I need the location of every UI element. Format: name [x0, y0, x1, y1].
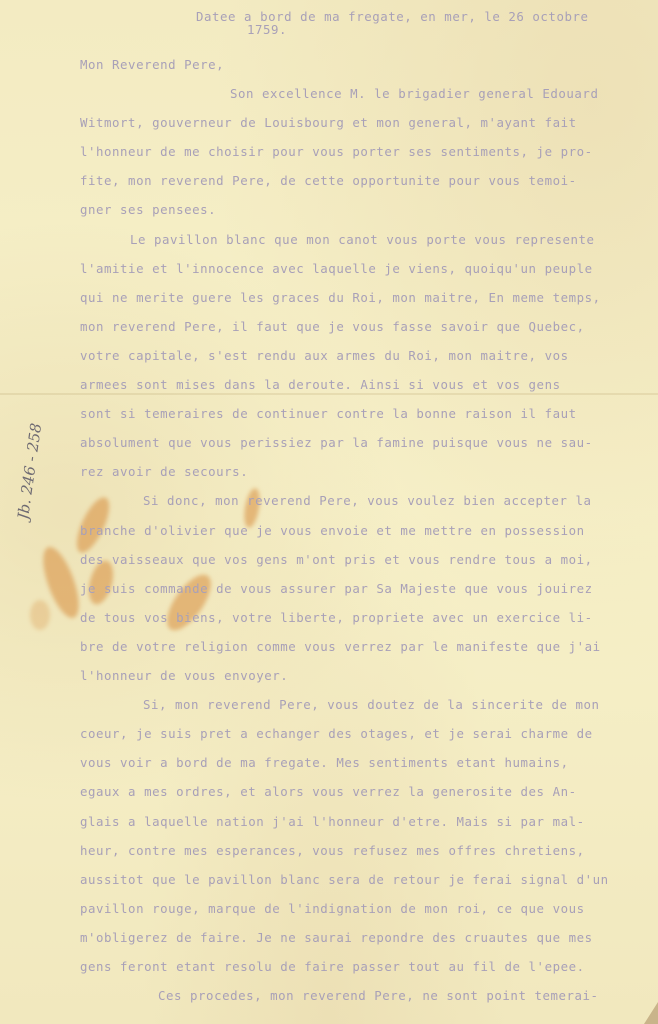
letter-line: absolument que vous perissiez par la fam… — [80, 436, 593, 450]
letter-line: Ces procedes, mon reverend Pere, ne sont… — [158, 989, 599, 1003]
salutation: Mon Reverend Pere, — [80, 58, 224, 72]
letter-line: glais a laquelle nation j'ai l'honneur d… — [80, 815, 585, 829]
document-page: Datee a bord de ma fregate, en mer, le 2… — [0, 0, 658, 1024]
letter-line: vous voir a bord de ma fregate. Mes sent… — [80, 756, 569, 770]
letter-line: des vaisseaux que vos gens m'ont pris et… — [80, 553, 593, 567]
letter-line: Si donc, mon reverend Pere, vous voulez … — [143, 494, 592, 508]
letter-line: Le pavillon blanc que mon canot vous por… — [130, 233, 595, 247]
paper-fold-line — [0, 393, 658, 395]
letter-line: armees sont mises dans la deroute. Ainsi… — [80, 378, 561, 392]
folded-corner — [644, 1002, 658, 1024]
stain — [30, 600, 50, 630]
letter-line: heur, contre mes esperances, vous refuse… — [80, 844, 585, 858]
stain — [159, 568, 219, 637]
letter-line: votre capitale, s'est rendu aux armes du… — [80, 349, 569, 363]
letter-line: fite, mon reverend Pere, de cette opport… — [80, 174, 577, 188]
letter-line: gens feront etant resolu de faire passer… — [80, 960, 585, 974]
letter-line: pavillon rouge, marque de l'indignation … — [80, 902, 585, 916]
letter-line: Si, mon reverend Pere, vous doutez de la… — [143, 698, 600, 712]
letter-line: bre de votre religion comme vous verrez … — [80, 640, 601, 654]
letter-line: qui ne merite guere les graces du Roi, m… — [80, 291, 601, 305]
margin-annotation: Jb. 246 - 258 — [14, 422, 45, 521]
letter-line: de tous vos biens, votre liberte, propri… — [80, 611, 593, 625]
letter-line: l'amitie et l'innocence avec laquelle je… — [80, 262, 593, 276]
letter-line: mon reverend Pere, il faut que je vous f… — [80, 320, 585, 334]
letter-line: coeur, je suis pret a echanger des otage… — [80, 727, 593, 741]
letter-line: l'honneur de vous envoyer. — [80, 669, 288, 683]
letter-line: branche d'olivier que je vous envoie et … — [80, 524, 585, 538]
letter-line: egaux a mes ordres, et alors vous verrez… — [80, 785, 577, 799]
letter-line: aussitot que le pavillon blanc sera de r… — [80, 873, 609, 887]
letter-line: je suis commande de vous assurer par Sa … — [80, 582, 593, 596]
dateline-year: 1759. — [247, 23, 287, 37]
letter-line: Witmort, gouverneur de Louisbourg et mon… — [80, 116, 577, 130]
letter-line: l'honneur de me choisir pour vous porter… — [80, 145, 593, 159]
letter-line: Son excellence M. le brigadier general E… — [230, 87, 598, 101]
letter-line: gner ses pensees. — [80, 203, 216, 217]
letter-line: sont si temeraires de continuer contre l… — [80, 407, 577, 421]
letter-line: rez avoir de secours. — [80, 465, 248, 479]
letter-line: m'obligerez de faire. Je ne saurai repon… — [80, 931, 593, 945]
